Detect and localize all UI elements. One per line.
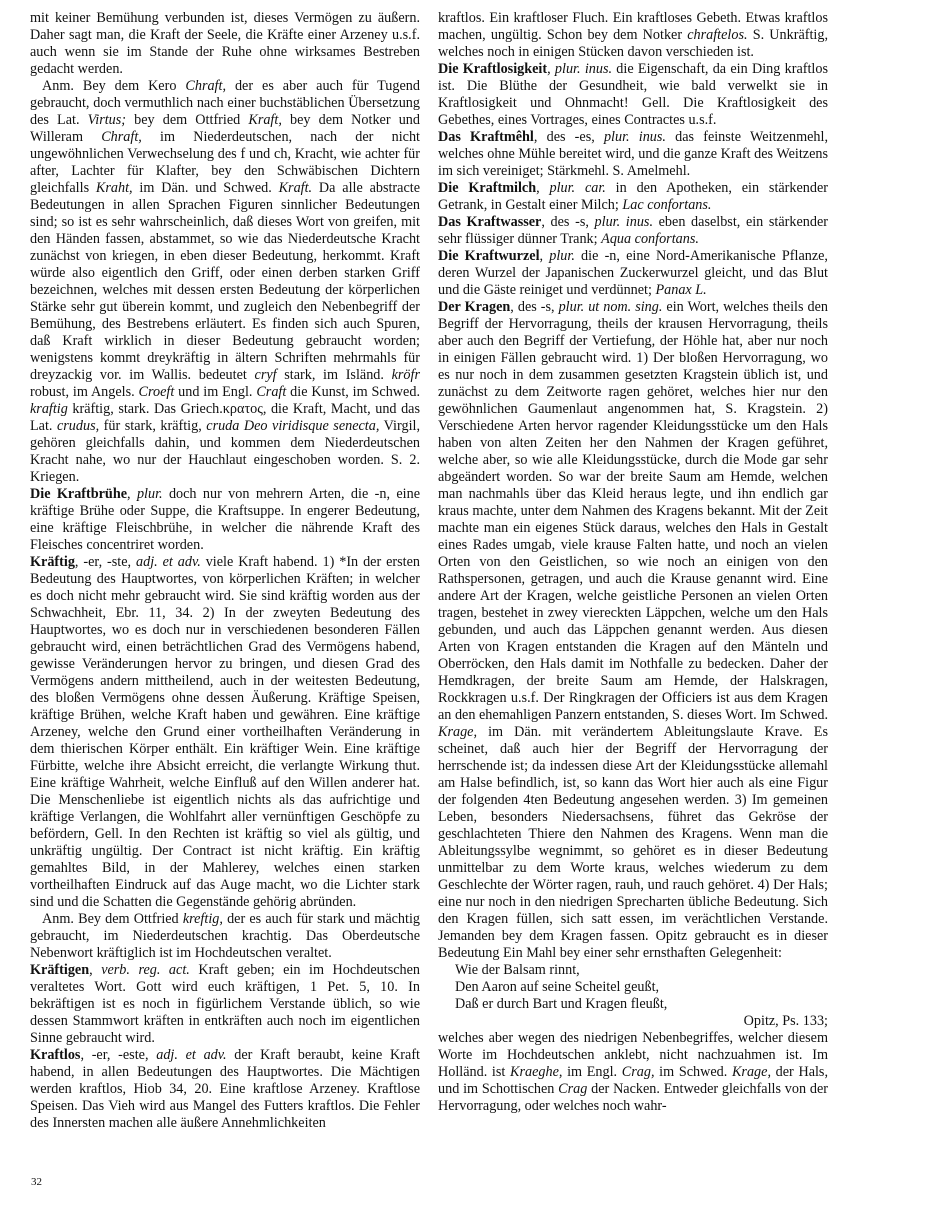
headword: Die Kraftlosigkeit (438, 61, 547, 77)
text: Da alle abstracte Bedeutungen in allen S… (30, 180, 420, 383)
latin-term: Aqua confortans. (601, 231, 699, 247)
text: , des -s, (541, 214, 594, 230)
text: im Dän. mit verändertem Ableitungslaute … (438, 724, 828, 961)
text: im Dän. und Schwed. (133, 180, 279, 196)
entry-kragen-continuation: welches aber wegen des niedrigen Nebenbe… (438, 1030, 828, 1115)
text: , (127, 486, 137, 502)
italic-term: Krage, (438, 724, 477, 740)
dictionary-page: mit keiner Bemühung verbunden ist, diese… (0, 0, 935, 1210)
italic-term: kraftig (30, 401, 68, 417)
headword: Das Kraftwasser (438, 214, 541, 230)
entry-kragen: Der Kragen, des -s, plur. ut nom. sing. … (438, 299, 828, 962)
italic-term: Kraht, (96, 180, 133, 196)
verse-attribution: Opitz, Ps. 133; (438, 1013, 828, 1030)
italic-term: crudus, (57, 418, 99, 434)
italic-term: Craft (256, 384, 286, 400)
text: , (547, 61, 555, 77)
italic-term: Chraft, (101, 129, 142, 145)
text: robust, im Angels. (30, 384, 139, 400)
text: , des -es, (534, 129, 604, 145)
italic-term: Chraft, (185, 78, 226, 94)
text: , des -s, (510, 299, 558, 315)
grammar-label: plur. (137, 486, 163, 502)
latin-term: Panax L. (655, 282, 706, 298)
entry-kraftlos: Kraftlos, -er, -este, adj. et adv. der K… (30, 1047, 420, 1132)
headword: Die Kraftmilch (438, 180, 536, 196)
note-kraft-etymology: Anm. Bey dem Kero Chraft, der es aber au… (30, 78, 420, 486)
entry-kraeftigen: Kräftigen, verb. reg. act. Kraft geben; … (30, 962, 420, 1047)
italic-term: Croeft (139, 384, 175, 400)
verse-quotation: Wie der Balsam rinnt, Den Aaron auf sein… (438, 962, 828, 1030)
text: Anm. Bey dem Ottfried (42, 911, 183, 927)
verse-line: Den Aaron auf seine Scheitel geußt, (438, 979, 828, 996)
entry-kraftwurzel: Die Kraftwurzel, plur. die -n, eine Nord… (438, 248, 828, 299)
entry-kraftwasser: Das Kraftwasser, des -s, plur. inus. ebe… (438, 214, 828, 248)
grammar-label: plur. inus. (555, 61, 612, 77)
italic-term: Crag (558, 1081, 587, 1097)
greek-term: κρατος (223, 401, 263, 417)
text: , (540, 248, 550, 264)
text: mit keiner Bemühung verbunden ist, diese… (30, 10, 420, 77)
right-column: kraftlos. Ein kraftloser Fluch. Ein kraf… (438, 10, 828, 1115)
entry-kraeftig: Kräftig, -er, -ste, adj. et adv. viele K… (30, 554, 420, 911)
grammar-label: verb. reg. act. (101, 962, 190, 978)
headword: Kräftig (30, 554, 75, 570)
grammar-label: adj. et adv. (156, 1047, 226, 1063)
headword: Kraftlos (30, 1047, 80, 1063)
entry-kraftbruehe: Die Kraftbrühe, plur. doch nur von mehre… (30, 486, 420, 554)
headword: Kräftigen (30, 962, 89, 978)
italic-term: kreftig, (183, 911, 223, 927)
text: bey dem Ottfried (126, 112, 248, 128)
italic-term: kröfr (392, 367, 420, 383)
verse-line: Daß er durch Bart und Kragen fleußt, (438, 996, 828, 1013)
italic-term: chraftelos. (687, 27, 747, 43)
text: für stark, kräftig, (99, 418, 206, 434)
note-kraeftig-etymology: Anm. Bey dem Ottfried kreftig, der es au… (30, 911, 420, 962)
italic-term: cryf (255, 367, 277, 383)
italic-term: Krage, (732, 1064, 771, 1080)
text: stark, im Isländ. (277, 367, 392, 383)
headword: Die Kraftbrühe (30, 486, 127, 502)
latin-term: Lac confortans. (622, 197, 711, 213)
grammar-label: plur. ut nom. sing. (559, 299, 663, 315)
text: im Schwed. (655, 1064, 732, 1080)
grammar-label: plur. inus. (604, 129, 666, 145)
text: , -er, -ste, (75, 554, 136, 570)
page-number: 32 (31, 1176, 42, 1188)
text: im Engl. (562, 1064, 621, 1080)
italic-term: Virtus; (88, 112, 126, 128)
entry-kraftmilch: Die Kraftmilch, plur. car. in den Apothe… (438, 180, 828, 214)
text: und im Engl. (174, 384, 256, 400)
entry-continuation-kraft: mit keiner Bemühung verbunden ist, diese… (30, 10, 420, 78)
entry-kraftmehl: Das Kraftmêhl, des -es, plur. inus. das … (438, 129, 828, 180)
grammar-label: plur. car. (549, 180, 605, 196)
grammar-label: adj. et adv. (136, 554, 201, 570)
text: viele Kraft habend. 1) *In der ersten Be… (30, 554, 420, 910)
grammar-label: plur. inus. (595, 214, 653, 230)
text: die Kunst, im Schwed. (286, 384, 420, 400)
text: kräftig, stark. Das Griech. (68, 401, 223, 417)
italic-term: Kraft, (248, 112, 282, 128)
headword: Die Kraftwurzel (438, 248, 540, 264)
italic-term: cruda Deo viridisque senecta, (206, 418, 379, 434)
headword: Der Kragen (438, 299, 510, 315)
italic-term: Crag, (622, 1064, 655, 1080)
text: , (89, 962, 101, 978)
italic-term: Kraft. (279, 180, 313, 196)
italic-term: Kraeghe, (510, 1064, 562, 1080)
headword: Das Kraftmêhl (438, 129, 534, 145)
grammar-label: plur. (549, 248, 575, 264)
text: , (536, 180, 549, 196)
verse-line: Wie der Balsam rinnt, (438, 962, 828, 979)
entry-continuation-kraftlos: kraftlos. Ein kraftloser Fluch. Ein kraf… (438, 10, 828, 61)
text: ein Wort, welches theils den Begriff der… (438, 299, 828, 723)
entry-kraftlosigkeit: Die Kraftlosigkeit, plur. inus. die Eige… (438, 61, 828, 129)
left-column: mit keiner Bemühung verbunden ist, diese… (30, 10, 420, 1132)
text: Anm. Bey dem Kero (42, 78, 185, 94)
text: , -er, -este, (80, 1047, 156, 1063)
